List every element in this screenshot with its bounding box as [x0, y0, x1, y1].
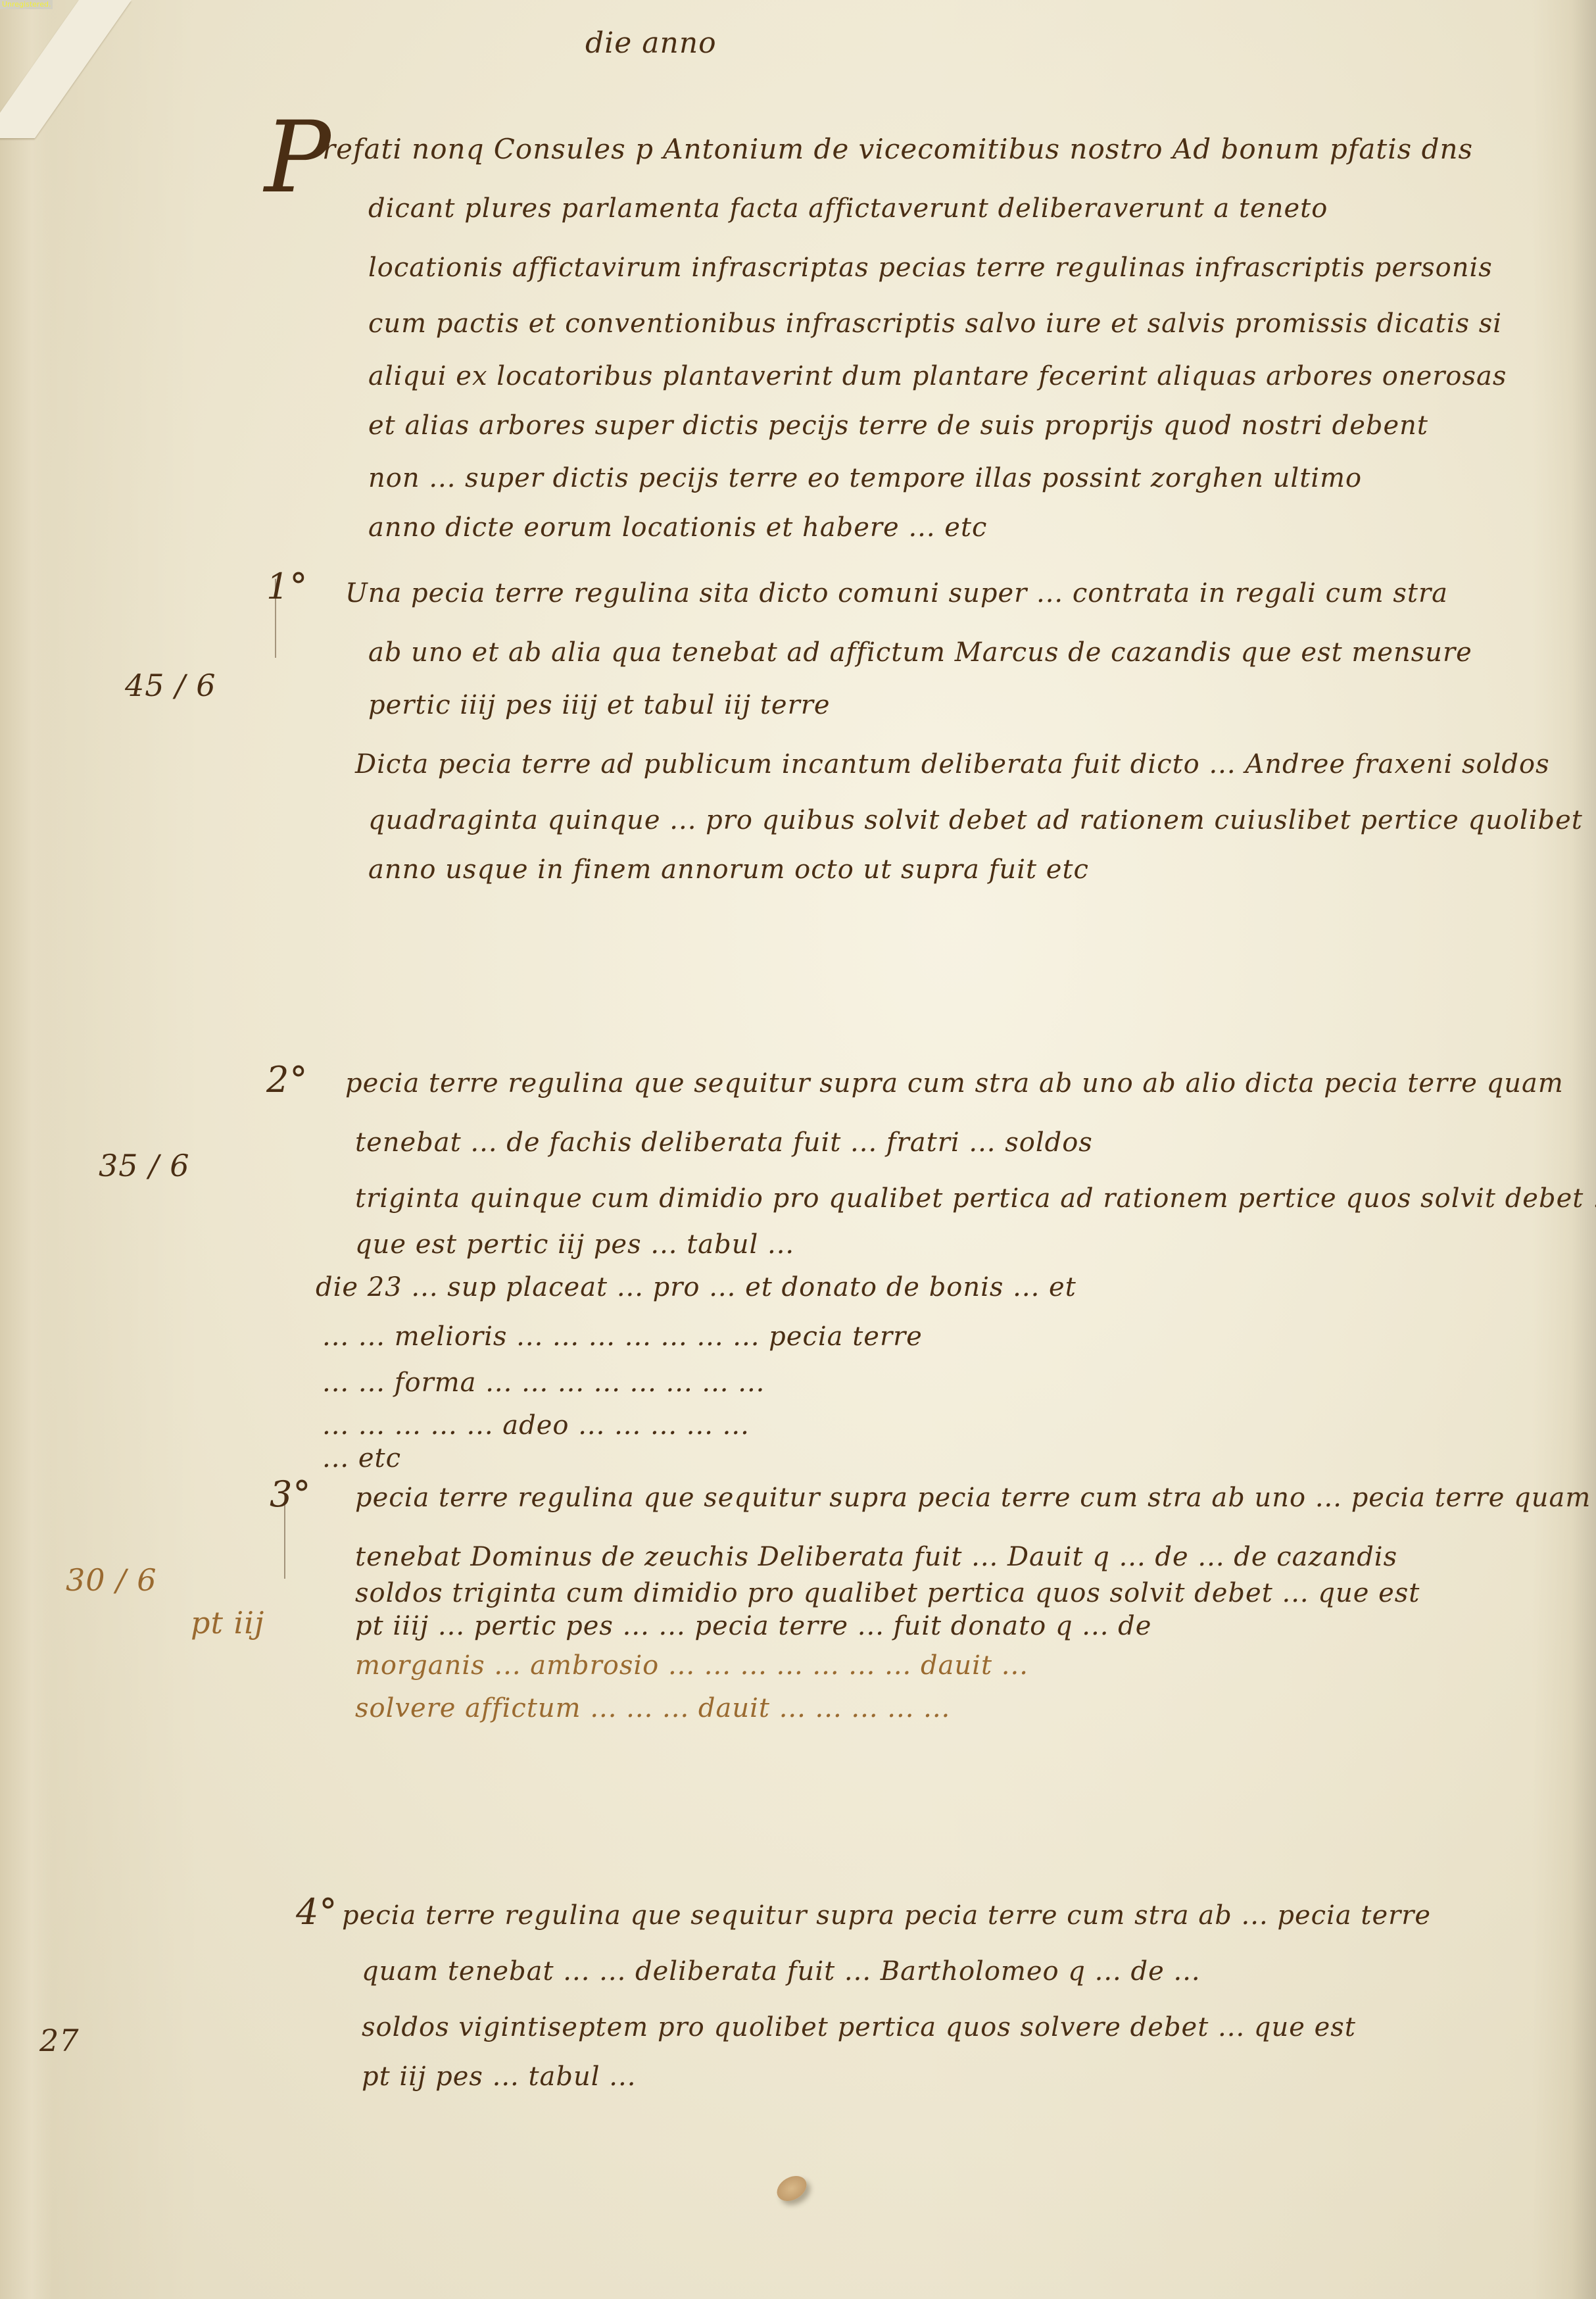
entry-number: 4°	[296, 1891, 337, 1933]
entry-subline: Dicta pecia terre ad publicum incantum d…	[355, 750, 1550, 779]
entry-bracket	[275, 579, 276, 658]
entry-number: 3°	[270, 1473, 311, 1515]
entry-subline: ... ... melioris ... ... ... ... ... ...…	[322, 1322, 923, 1351]
entry-subline: ... ... ... ... ... adeo ... ... ... ...…	[322, 1411, 750, 1440]
entry-line: soldos vigintiseptem pro quolibet pertic…	[362, 2013, 1356, 2042]
entry-line: Una pecia terre regulina sita dicto comu…	[345, 579, 1448, 608]
entry-line: tenebat Dominus de zeuchis Deliberata fu…	[355, 1543, 1397, 1571]
margin-tally: 35 / 6	[99, 1148, 190, 1183]
entry-line: pecia terre regulina que sequitur supra …	[345, 1069, 1564, 1098]
later-insert-line: morganis ... ambrosio ... ... ... ... ..…	[355, 1651, 1028, 1680]
entry-line: quam tenebat ... ... deliberata fuit ...…	[362, 1957, 1201, 1986]
entry-line: pt iij pes ... tabul ...	[362, 2062, 636, 2091]
decorated-initial: P	[264, 109, 331, 207]
entry-subline: quadraginta quinque ... pro quibus solvi…	[368, 806, 1583, 835]
entry-number: 1°	[266, 566, 308, 607]
paragraph-line: non ... super dictis pecijs terre eo tem…	[368, 464, 1362, 493]
margin-tally: 30 / 6	[66, 1562, 157, 1598]
paragraph-line: dicant plures parlamenta facta affictave…	[368, 194, 1328, 223]
entry-line: soldos triginta cum dimidio pro qualibet…	[355, 1579, 1420, 1608]
wax-stain	[773, 2171, 811, 2206]
paragraph-line: locationis affictavirum infrascriptas pe…	[368, 253, 1493, 282]
entry-bracket	[284, 1493, 285, 1579]
manuscript-page: Unregistered. die anno P refati nonq Con…	[0, 0, 1596, 2299]
entry-line: triginta quinque cum dimidio pro qualibe…	[355, 1184, 1596, 1213]
entry-line: que est pertic iij pes ... tabul ...	[355, 1230, 794, 1259]
entry-subline: anno usque in finem annorum octo ut supr…	[368, 855, 1089, 884]
margin-tally: 45 / 6	[125, 668, 216, 703]
entry-line: pertic iiij pes iiij et tabul iij terre	[368, 691, 831, 720]
entry-line: pt iiij ... pertic pes ... ... pecia ter…	[355, 1612, 1151, 1641]
entry-subline: ... ... forma ... ... ... ... ... ... ..…	[322, 1368, 765, 1397]
paragraph-line: cum pactis et conventionibus infrascript…	[368, 309, 1502, 338]
entry-line: pecia terre regulina que sequitur supra …	[342, 1901, 1431, 1930]
paragraph-line: aliqui ex locatoribus plantaverint dum p…	[368, 362, 1507, 391]
binding-gutter	[0, 0, 53, 2299]
entry-line: ab uno et ab alia qua tenebat ad affictu…	[368, 638, 1472, 667]
page-heading: die anno	[585, 26, 717, 60]
paragraph-line: anno dicte eorum locationis et habere ..…	[368, 513, 987, 542]
software-watermark: Unregistered.	[0, 0, 53, 9]
margin-tally: 27	[39, 2023, 80, 2058]
entry-number: 2°	[266, 1059, 308, 1100]
margin-note: pt iij	[191, 1605, 264, 1641]
entry-line: tenebat ... de fachis deliberata fuit ..…	[355, 1128, 1093, 1157]
later-insert-line: solvere affictum ... ... ... dauit ... .…	[355, 1694, 950, 1723]
paragraph-line: et alias arbores super dictis pecijs ter…	[368, 411, 1428, 440]
entry-subline: die 23 ... sup placeat ... pro ... et do…	[316, 1273, 1076, 1302]
entry-subline: ... etc	[322, 1444, 401, 1473]
paragraph-line: refati nonq Consules p Antonium de vicec…	[322, 135, 1473, 164]
entry-line: pecia terre regulina que sequitur supra …	[355, 1483, 1591, 1512]
